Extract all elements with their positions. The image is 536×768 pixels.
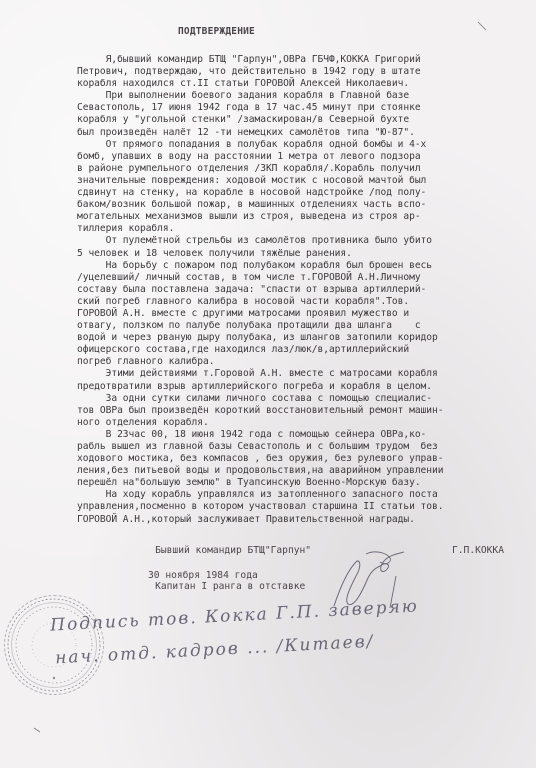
body-line: в районе румпельного отделения /ЗКП кора… [77,163,529,175]
body-line: При выполнении боевого задания корабля в… [77,90,529,102]
body-line: перешёл на"большую землю" в Туапсинскую … [77,477,529,489]
signatory-rank: Капитан I ранга в отставке [155,581,305,592]
body-line: бомб, упавших в воду на расстоянии 1 мет… [77,151,529,163]
document-date: 30 ноября 1984 года [148,570,258,581]
body-line: От прямого попадания в полубак корабля о… [77,139,529,151]
official-seal-stamp [4,595,104,695]
document-page: ПОДТВЕРЖДЕНИЕ Я,бывший командир БТЩ "Гар… [0,0,536,768]
body-line: ский погреб главного калибра в носовой ч… [77,296,529,308]
body-line: тиллерия корабля. [77,223,529,235]
body-line: За одни сутки силами личного состава с п… [77,393,529,405]
signatory-block: Бывший командир БТЩ"Гарпун" Капитан I ра… [132,533,311,605]
body-line: Петрович, подтверждаю, что действительно… [77,66,529,78]
body-line: составу была поставлена задача: "спасти … [77,284,529,296]
body-line: значительные повреждения: ходовой мостик… [77,175,529,187]
body-line: На ходу корабль управлялся из затопленно… [77,489,529,501]
body-line: В 23час 00, 18 июня 1942 года с помощью … [77,429,529,441]
body-line: ГОРОВОЙ А.Н.,который заслуживает Правите… [77,514,529,526]
body-line: водой и через рваную дыру полубака, из ш… [77,332,529,344]
body-line: /уцелевший/ личный состав, в том числе т… [77,272,529,284]
signatory-name: Г.П.КОККА [452,545,504,556]
body-line: ного отделения корабля. [77,417,529,429]
body-line: погреб главного калибра. [77,356,529,368]
body-line: корабля у "угольной стенки" /замаскирова… [77,114,529,126]
body-line: офицерского состава,где находился лаз/лю… [77,344,529,356]
body-line: управления,посменно в котором участвовал… [77,501,529,513]
signatory-position: Бывший командир БТЩ"Гарпун" [155,545,311,556]
body-line: Этими действиями т.Горовой А.Н. вместе с… [77,368,529,380]
body-line: ления,без питьевой воды и продовольствия… [77,465,529,477]
body-line: От пулемётной стрельбы из самолётов прот… [77,235,529,247]
body-line: отвагу, ползком по палубе полубака прота… [77,320,529,332]
body-line: 5 человек и 18 человек получили тяжёлые … [77,248,529,260]
body-line: был произведён налёт 12 -ти немецких сам… [77,127,529,139]
body-line: сдвинут на стенку, на корабле в носовой … [77,187,529,199]
body-line: тов ОВРа был произведён короткий восстан… [77,405,529,417]
body-line: Я,бывший командир БТЩ "Гарпун",ОВРа ГБЧФ… [77,54,529,66]
body-line: рабль вышел из главной базы Севастополь … [77,441,529,453]
body-line: ГОРОВОЙ А.Н. вместе с другими матросами … [77,308,529,320]
body-line: могательных механизмов вышли из строя, в… [77,211,529,223]
body-line: баком/возник большой пожар, в машинных о… [77,199,529,211]
document-title: ПОДТВЕРЖДЕНИЕ [178,26,255,37]
body-line: На борьбу с пожаром под полубаком корабл… [77,260,529,272]
body-line: Севастополь, 17 июня 1942 года в 17 час.… [77,102,529,114]
body-line: корабля находился ст.II статьи ГОРОВОЙ А… [77,78,529,90]
body-line: ходового мостика, без компасов , без ору… [77,453,529,465]
document-body: Я,бывший командир БТЩ "Гарпун",ОВРа ГБЧФ… [77,54,529,526]
body-line: предотвратили взрыв артиллерийского погр… [77,381,529,393]
